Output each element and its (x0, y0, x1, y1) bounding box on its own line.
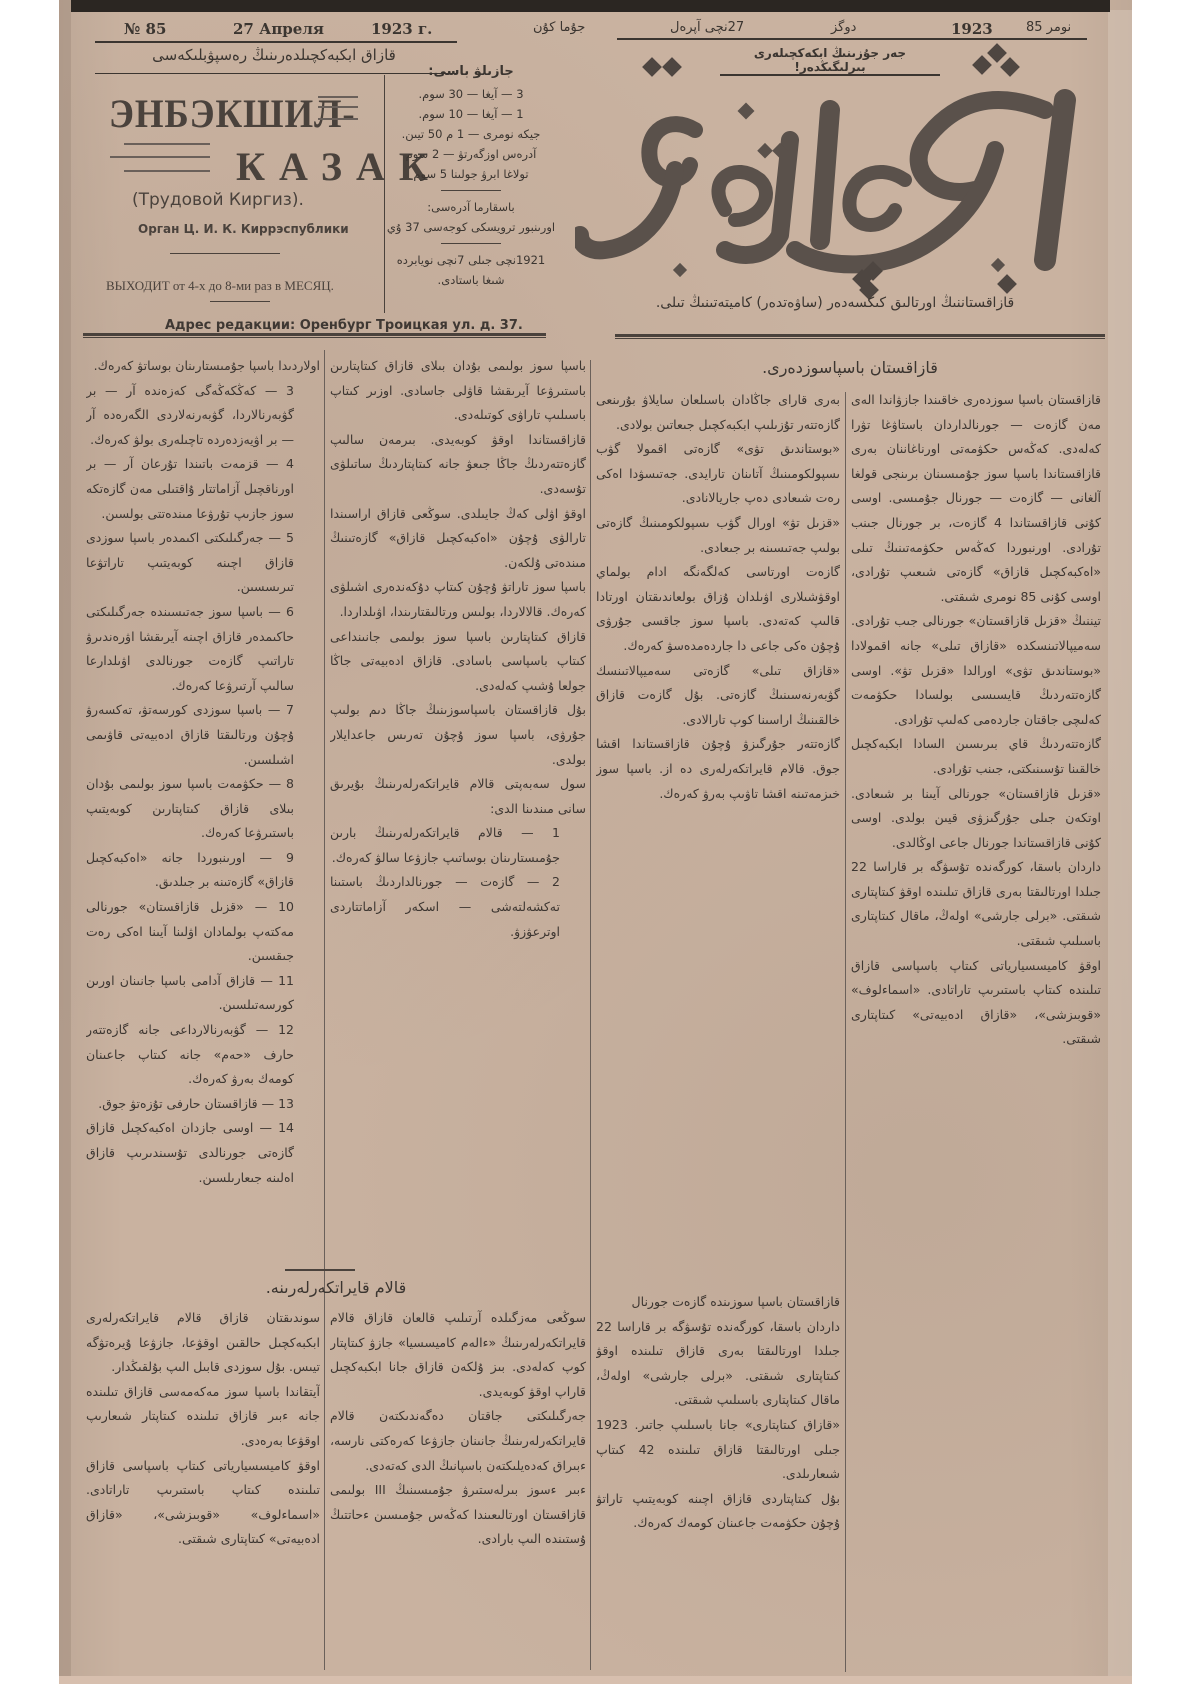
masthead-divider (384, 75, 385, 313)
subscription-info: جازىلۋ باسى: 3 — آيغا — 30 سوم. 1 — آيغا… (386, 62, 556, 290)
issue-number-ru: № 85 (124, 20, 166, 38)
paragraph: سوڭعى مەزگىلدە آرتىلىپ قالعان قازاق قالا… (330, 1306, 586, 1404)
numbered-item: 5 — جەرگىلىكتى اكىمدەر باسپا سوزدى قازاق… (86, 526, 320, 600)
year-kz: 1923 (951, 20, 993, 38)
paragraph: باسپا سوز بولىمى بۇدان بىلاى قازاق كىتاپ… (330, 354, 586, 428)
paragraph: اوقۋ كاميسسيارياتى كىتاپ باسپاسى قازاق ت… (86, 1454, 320, 1552)
numbered-item: 4 — قزمەت باتىندا تۇرعان آر — بر اورناقچ… (86, 452, 320, 526)
paragraph: «قازاق تىلى» گازەتى سەميپالاتىنسك گۋبەرن… (596, 659, 840, 733)
founded-line: 1921نچى جىلى 7نچى نويابردە (386, 250, 556, 270)
numbered-item: 11 — قازاق آدامى باسپا جانىنان اورىن كور… (86, 969, 320, 1018)
subscription-divider (441, 190, 501, 191)
editorial-address-ru: Адрес редакции: Оренбург Троицкая ул. д.… (165, 318, 523, 333)
numbered-item: 12 — گۋبەرنالارداعى جانە گازەتتەر حارف «… (86, 1018, 320, 1092)
paragraph: بۇل كىتاپتاردى قازاق اچىنە كوبەيتىپ تارا… (596, 1487, 840, 1536)
article-bottom-col4: سوندىقتان قازاق قالام قايراتكەرلەرى ابكب… (86, 1306, 320, 1676)
header-rule-right (615, 334, 1105, 339)
subscription-line: آدرەس اوزگەرتۋ — 2 سوم (386, 144, 556, 164)
article-bottom-col3: سوڭعى مەزگىلدە آرتىلىپ قالعان قازاق قالا… (330, 1306, 586, 1676)
date-ru: 27 Апреля (233, 20, 324, 38)
numbered-item: 6 — باسپا سوز جەتىسىندە جەرگىلىكتى حاكىم… (86, 600, 320, 698)
masthead-tagline: قازاقستاننىڭ اورتالىق كىكسەدەر (ساۋەتدەر… (600, 295, 1070, 311)
paragraph: بۇل قازاقستان باسپاسوزىنىڭ جاڭا دىم بولى… (330, 698, 586, 772)
paragraph: قازاق كىتاپتارىن باسپا سوز بولىمى جانىند… (330, 625, 586, 699)
paragraph: قازاقستاندا اوقۋ كوبەيدى. بىرمەن سالىپ گ… (330, 428, 586, 502)
paragraph: داردان باسقا، كورگەندە تۇسۋگە بر قاراسا … (596, 1315, 840, 1413)
article-column-3: باسپا سوز بولىمى بۇدان بىلاى قازاق كىتاپ… (330, 354, 586, 1234)
numbered-item: 2 — گازەت — جورنالداردىڭ باستىنا تەكشەلت… (330, 870, 586, 944)
page-edge-left (59, 0, 71, 1684)
numbered-item: 10 — «قزىل قازاقستان» جورنالى مەكتەپ بول… (86, 895, 320, 969)
article-column-2: بەرى قاراى جاڭادان باسىلعان سايلاۋ بۇرىن… (596, 388, 840, 1268)
paragraph: «قزىل قازاقستان» جورنالى آيىنا بر شىعادى… (851, 782, 1101, 856)
year-ru: 1923 г. (371, 20, 432, 38)
numbered-item: 8 — حكۋمەت باسپا سوز بولىمى بۇدان بىلاى … (86, 772, 320, 846)
numbered-item: 7 — باسپا سوزدى كورسەتۋ، تەكسەرۋ ۇچۇن ور… (86, 698, 320, 772)
paragraph: اوقۋ اۋلى كەڭ جايىلدى. سوڭعى قازاق اراسى… (330, 502, 586, 576)
column-divider (845, 392, 846, 1672)
article-column-2-continued: قازاقستان باسپا سوزىندە گازەت جورنال دار… (596, 1290, 840, 1676)
subscription-line: تولاغا ابرۋ جولىنا 5 سوم (386, 164, 556, 184)
numbered-item: 13 — قازاقستان حارفى تۇزەتۋ جوق. (86, 1092, 320, 1117)
column-divider (590, 360, 591, 1670)
paragraph: گازەتتەر جۇرگىزۋ ۇچۇن قازاقستاندا اقشا ج… (596, 732, 840, 806)
paragraph: جەرگىلىكتى جاقتان دەگەندىكتەن قالام قاير… (330, 1404, 586, 1478)
weekday-kz-right: دوگز (831, 20, 856, 35)
article-headline-bottom: قالام قايراتكەرلەرىنە. (86, 1278, 586, 1297)
paragraph: گازەتتەردىڭ قاي بىرىسىن السادا ابكبەكچىل… (851, 732, 1101, 781)
article-column-4: اولاردىدا باسپا جۇمىستارىنان بوساتۋ كەرە… (86, 354, 320, 1262)
paragraph: سول سەبەپتى قالام قايراتكەرلەرىنىڭ بۇيرى… (330, 772, 586, 821)
publication-frequency-ru: ВЫХОДИТ от 4-х до 8-ми раз в МЕСЯЦ. (106, 278, 334, 294)
numbered-item: 3 — كەڭكەڭەگى كەزەندە آر — بر گۋبەرنالار… (86, 379, 320, 453)
calligraphic-title-text: ابكبەكچىل قازاق (827, 273, 834, 276)
numbered-item: 14 — اوسى جازدان اەكبەكچىل قازاق گازەتى … (86, 1116, 320, 1190)
paragraph: تيننىڭ «قزىل قازاقستان» جورنالى جىب تۇرا… (851, 609, 1101, 732)
calligraphic-title-logo: ابكبەكچىل قازاق (575, 70, 1085, 280)
paragraph: «قزىل تۋ» اورال گۋب ىسپولكومىنىڭ گازەتى … (596, 511, 840, 560)
founded-line-2: شىغا باستادى. (386, 270, 556, 290)
paragraph: اوقۋ كاميسسيارياتى كىتاپ باسپاسى قازاق ت… (851, 954, 1101, 1052)
newspaper-subtitle-ru: (Трудовой Киргиз). (132, 190, 304, 210)
numbered-item: 9 — اورىنبوردا جانە «اەكبەكچىل قازاق» گا… (86, 846, 320, 895)
board-address-heading: باسقارما آدرەسى: (386, 197, 556, 217)
board-address: اورىنبور ترويسكى كوجەسى 37 ۇي (386, 217, 556, 237)
paragraph: قازاقستان باسپا سوزدەرى خاقىندا جازۋاندا… (851, 388, 1101, 609)
header-rule-left (83, 333, 546, 338)
article-headline: قازاقستان باسپاسوزدەرى. (600, 358, 1100, 377)
article-column-1: قازاقستان باسپا سوزدەرى خاقىندا جازۋاندا… (851, 388, 1101, 1678)
paragraph: بەرى قاراى جاڭادان باسىلعان سايلاۋ بۇرىن… (596, 388, 840, 437)
section-rule (285, 1269, 355, 1271)
issue-number-kz: نومر 85 (1026, 20, 1071, 35)
frequency-rule (210, 301, 270, 302)
numbered-item: 1 — قالام قايراتكەرلەرىنىڭ بارىن جۇمىستا… (330, 821, 586, 870)
section-subhead: قازاقستان باسپا سوزىندە گازەت جورنال (596, 1290, 840, 1315)
paragraph: «قازاق كىتاپتارى» جانا باسىلىپ جاتىر. 19… (596, 1413, 840, 1487)
ornament-rule (170, 253, 280, 254)
dateline-rule-left (95, 41, 457, 43)
subscription-divider (441, 243, 501, 244)
paragraph: باسپا سوز تاراتۋ ۇچۇن كىتاپ دۇكەندەرى اش… (330, 575, 586, 624)
paragraph: اولاردىدا باسپا جۇمىستارىنان بوساتۋ كەرە… (86, 354, 320, 379)
subscription-line: 3 — آيغا — 30 سوم. (386, 84, 556, 104)
subscription-line: جيكە نومرى — 1 م 50 تيىن. (386, 124, 556, 144)
column-divider (324, 350, 325, 1670)
paragraph: سوندىقتان قازاق قالام قايراتكەرلەرى ابكب… (86, 1306, 320, 1380)
top-border-bar (71, 0, 1110, 12)
subscription-heading: جازىلۋ باسى: (386, 62, 556, 82)
organ-statement-ru: Орган Ц. И. К. Киррэспублики (138, 222, 349, 236)
weekday-kz: جۇما كۇن (533, 20, 585, 35)
subscription-line: 1 — آيغا — 10 سوم. (386, 104, 556, 124)
paragraph: «بوستاندىق تۋى» گازەتى اقمولا گۋب ىسپولك… (596, 437, 840, 511)
paragraph: ءبىر ءسوز بىرلەستىرۋ جۇمىسىنىڭ III بولىم… (330, 1478, 586, 1552)
paragraph: داردان باسقا، كورگەندە تۇسۋگە بر قاراسا … (851, 855, 1101, 953)
page-edge-right (1108, 10, 1132, 1684)
date-kz: 27نچی آپرەل (670, 20, 744, 35)
paragraph: گازەت اورتاسى كەلگەنگە ادام بولماي اوقۋش… (596, 560, 840, 658)
dateline-rule-right (617, 38, 1087, 40)
paragraph: آيتقاندا باسپا سوز مەكەمەسى قازاق تىلىند… (86, 1380, 320, 1454)
